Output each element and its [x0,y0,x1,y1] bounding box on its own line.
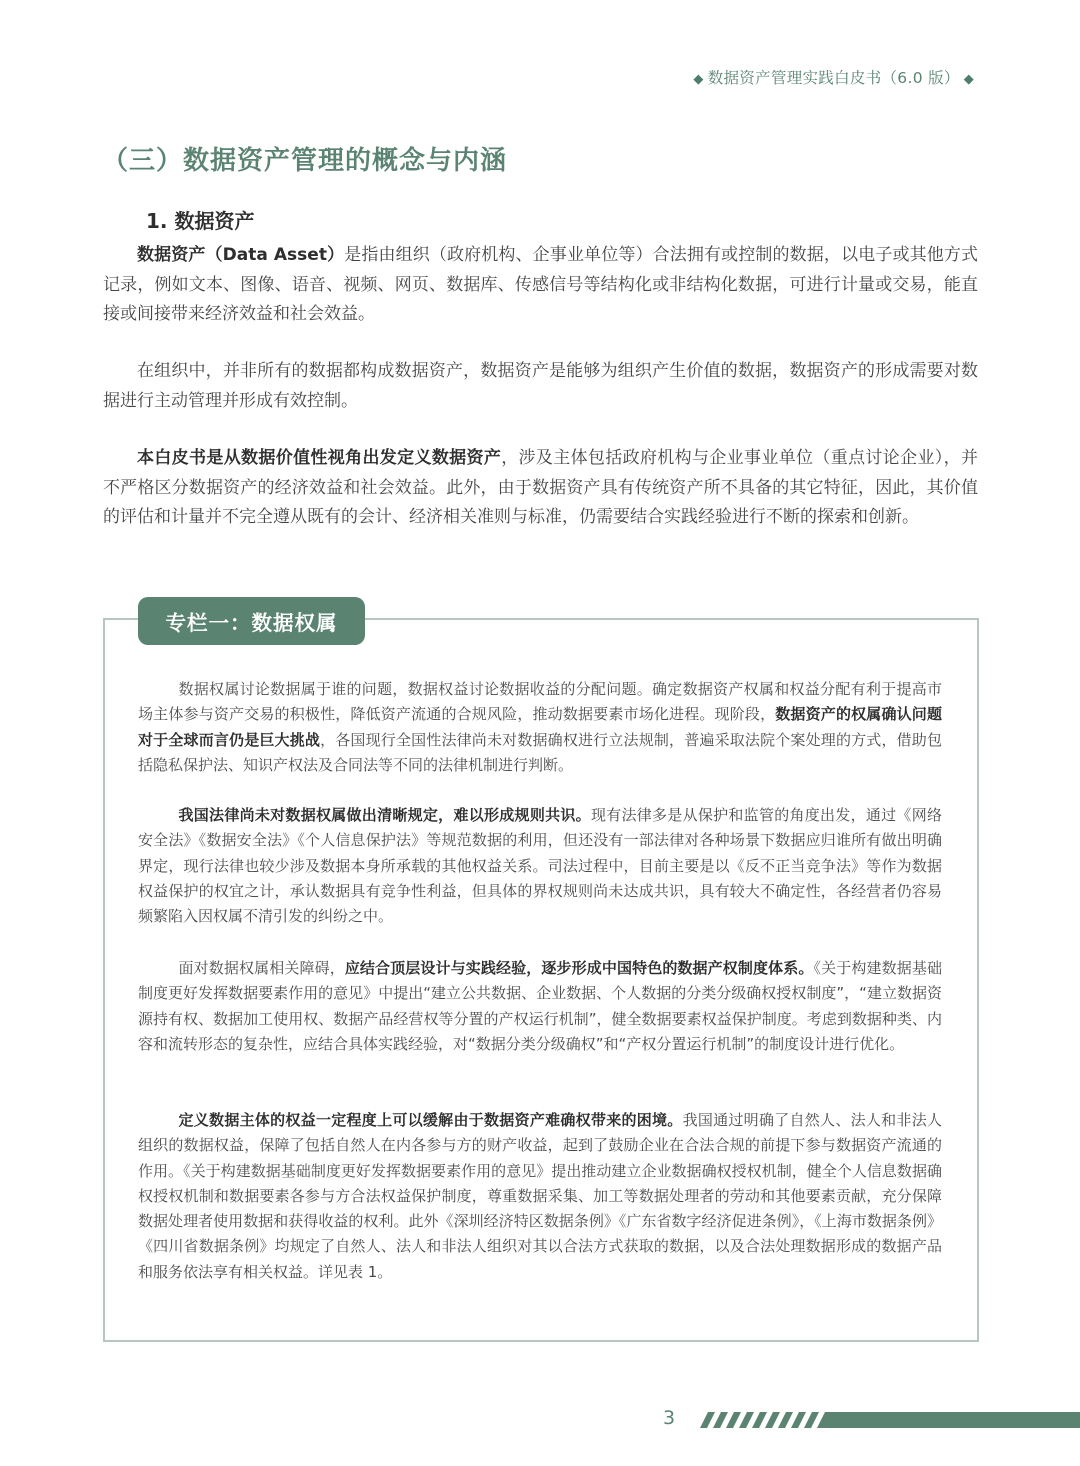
paragraph-whitepaper-scope: 本白皮书是从数据价值性视角出发定义数据资产，涉及主体包括政府机构与企业事业单位（… [103,444,978,533]
diamond-icon: ◆ [693,72,703,87]
running-header-title: 数据资产管理实践白皮书（6.0 版） [708,69,960,87]
sidebar-box-tab: 专栏一：数据权属 [138,597,365,645]
bold-emphasis: 应结合顶层设计与实践经验，逐步形成中国特色的数据产权制度体系。 [345,959,814,977]
paragraph-text: 在组织中，并非所有的数据都构成数据资产，数据资产是能够为组织产生价值的数据，数据… [103,361,978,411]
subsection-title: 1. 数据资产 [146,205,254,234]
section-title: （三）数据资产管理的概念与内涵 [102,140,507,177]
footer-stripe-bar-icon [700,1412,1080,1428]
diamond-icon: ◆ [964,72,974,87]
paragraph-text: 面对数据权属相关障碍， [179,959,345,977]
bold-lead: 数据资产（Data Asset） [137,245,344,265]
bold-emphasis: 定义数据主体的权益一定程度上可以缓解由于数据资产难确权带来的困境。 [179,1111,683,1129]
paragraph-text: 我国通过明确了自然人、法人和非法人组织的数据权益，保障了包括自然人在内各参与方的… [138,1111,942,1281]
bold-lead: 本白皮书是从数据价值性视角出发定义数据资产 [137,448,501,468]
running-header: ◆数据资产管理实践白皮书（6.0 版）◆ [689,66,978,88]
box-paragraph: 定义数据主体的权益一定程度上可以缓解由于数据资产难确权带来的困境。我国通过明确了… [138,1108,942,1285]
bold-emphasis: 我国法律尚未对数据权属做出清晰规定，难以形成规则共识。 [179,806,591,824]
box-paragraph: 面对数据权属相关障碍，应结合顶层设计与实践经验，逐步形成中国特色的数据产权制度体… [138,956,942,1057]
box-paragraph: 我国法律尚未对数据权属做出清晰规定，难以形成规则共识。现有法律多是从保护和监管的… [138,803,942,929]
paragraph-data-asset-definition: 数据资产（Data Asset）是指由组织（政府机构、企事业单位等）合法拥有或控… [103,241,978,330]
box-paragraph: 数据权属讨论数据属于谁的问题，数据权益讨论数据收益的分配问题。确定数据资产权属和… [138,677,942,778]
page-number: 3 [663,1407,675,1429]
paragraph-data-asset-formation: 在组织中，并非所有的数据都构成数据资产，数据资产是能够为组织产生价值的数据，数据… [103,357,978,416]
